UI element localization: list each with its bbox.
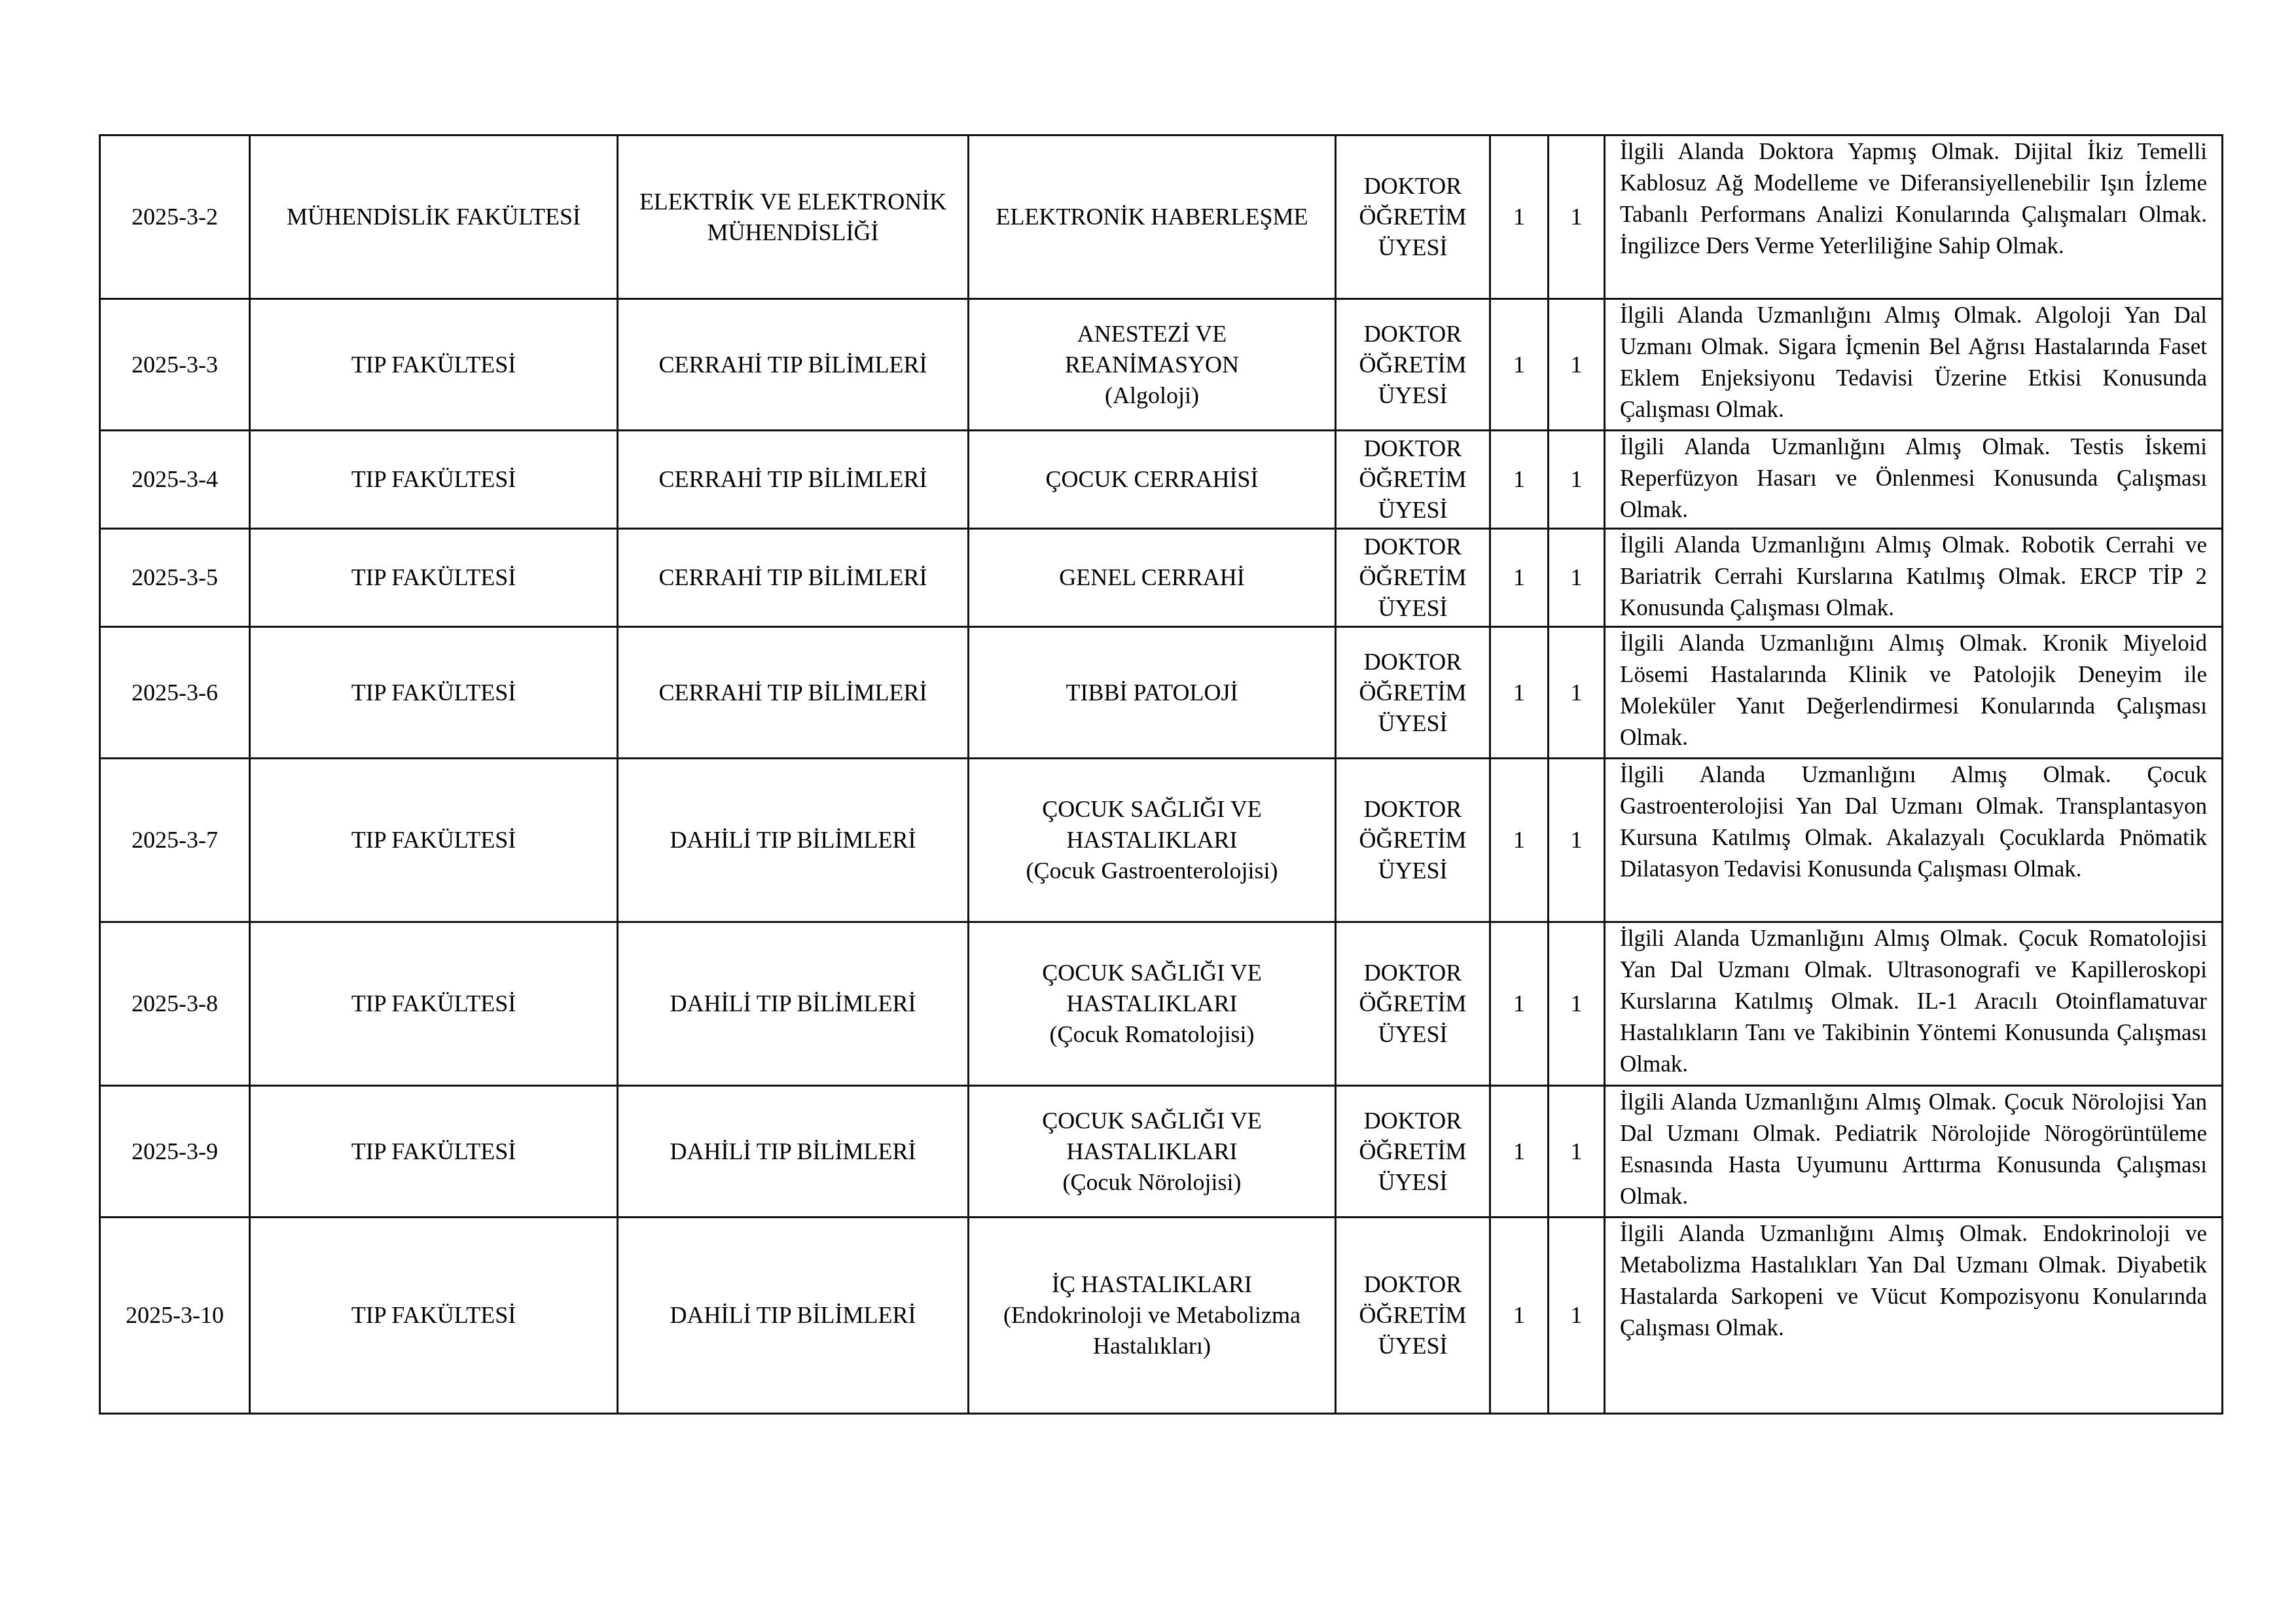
specialty-cell: GENEL CERRAHİ: [969, 529, 1336, 627]
department-name-line: DAHİLİ TIP BİLİMLERİ: [625, 825, 961, 856]
specialty-name-line: ELEKTRONİK HABERLEŞME: [976, 202, 1328, 232]
specialty-cell: ÇOCUK CERRAHİSİ: [969, 431, 1336, 529]
academic-title-cell: DOKTORÖĞRETİMÜYESİ: [1336, 529, 1490, 627]
faculty-name: TIP FAKÜLTESİ: [351, 564, 516, 590]
requirements-cell: İlgili Alanda Uzmanlığını Almış Olmak. Ç…: [1605, 759, 2223, 922]
position-count: 1: [1571, 990, 1583, 1017]
department-cell: DAHİLİ TIP BİLİMLERİ: [618, 1086, 969, 1218]
specialty-name-line: ÇOCUK SAĞLIĞI VE: [976, 794, 1328, 825]
specialty-cell: ÇOCUK SAĞLIĞI VEHASTALIKLARI(Çocuk Nörol…: [969, 1086, 1336, 1218]
position-code-cell: 2025-3-9: [100, 1086, 250, 1218]
academic-title-line: ÖĞRETİM: [1343, 350, 1482, 380]
academic-title-line: ÜYESİ: [1343, 495, 1482, 526]
specialty-name-line: (Algoloji): [976, 380, 1328, 411]
count-cell: 1: [1549, 759, 1605, 922]
position-code-cell: 2025-3-10: [100, 1218, 250, 1414]
count-cell: 1: [1549, 135, 1605, 299]
position-code-cell: 2025-3-2: [100, 135, 250, 299]
requirements-cell: İlgili Alanda Uzmanlığını Almış Olmak. K…: [1605, 627, 2223, 759]
count-cell: 1: [1490, 529, 1549, 627]
specialty-name-line: HASTALIKLARI: [976, 825, 1328, 856]
position-count: 1: [1513, 466, 1525, 492]
faculty-positions-table: 2025-3-2MÜHENDİSLİK FAKÜLTESİELEKTRİK VE…: [99, 134, 2223, 1415]
requirements-cell: İlgili Alanda Uzmanlığını Almış Olmak. Ç…: [1605, 1086, 2223, 1218]
academic-title-line: DOKTOR: [1343, 532, 1482, 562]
specialty-cell: ÇOCUK SAĞLIĞI VEHASTALIKLARI(Çocuk Romat…: [969, 922, 1336, 1086]
position-count: 1: [1571, 1302, 1583, 1328]
faculty-name: TIP FAKÜLTESİ: [351, 466, 516, 492]
academic-title-line: DOKTOR: [1343, 1106, 1482, 1136]
position-code-cell: 2025-3-7: [100, 759, 250, 922]
requirements-text: İlgili Alanda Uzmanlığını Almış Olmak. Ç…: [1620, 926, 2207, 1077]
department-cell: DAHİLİ TIP BİLİMLERİ: [618, 759, 969, 922]
specialty-name-line: ÇOCUK SAĞLIĞI VE: [976, 958, 1328, 988]
position-code-cell: 2025-3-3: [100, 299, 250, 431]
department-cell: ELEKTRİK VE ELEKTRONİKMÜHENDİSLİĞİ: [618, 135, 969, 299]
position-count: 1: [1571, 204, 1583, 230]
faculty-name: TIP FAKÜLTESİ: [351, 827, 516, 853]
academic-title-line: ÜYESİ: [1343, 232, 1482, 263]
specialty-cell: TIBBİ PATOLOJİ: [969, 627, 1336, 759]
academic-title-cell: DOKTORÖĞRETİMÜYESİ: [1336, 922, 1490, 1086]
requirements-text: İlgili Alanda Uzmanlığını Almış Olmak. R…: [1620, 532, 2207, 621]
table-row: 2025-3-7TIP FAKÜLTESİDAHİLİ TIP BİLİMLER…: [100, 759, 2223, 922]
requirements-text: İlgili Alanda Uzmanlığını Almış Olmak. T…: [1620, 434, 2207, 522]
specialty-name-line: (Çocuk Gastroenterolojisi): [976, 856, 1328, 886]
specialty-cell: İÇ HASTALIKLARI(Endokrinoloji ve Metabol…: [969, 1218, 1336, 1414]
table-row: 2025-3-10TIP FAKÜLTESİDAHİLİ TIP BİLİMLE…: [100, 1218, 2223, 1414]
position-count: 1: [1571, 679, 1583, 706]
count-cell: 1: [1490, 299, 1549, 431]
table-row: 2025-3-6TIP FAKÜLTESİCERRAHİ TIP BİLİMLE…: [100, 627, 2223, 759]
faculty-cell: TIP FAKÜLTESİ: [250, 431, 618, 529]
specialty-name-line: GENEL CERRAHİ: [976, 562, 1328, 593]
faculty-cell: TIP FAKÜLTESİ: [250, 627, 618, 759]
position-code: 2025-3-9: [132, 1138, 218, 1164]
position-count: 1: [1571, 564, 1583, 590]
department-cell: CERRAHİ TIP BİLİMLERİ: [618, 627, 969, 759]
academic-title-line: ÖĞRETİM: [1343, 825, 1482, 856]
position-code-cell: 2025-3-8: [100, 922, 250, 1086]
academic-title-line: DOKTOR: [1343, 647, 1482, 677]
requirements-text: İlgili Alanda Uzmanlığını Almış Olmak. A…: [1620, 302, 2207, 422]
academic-title-line: DOKTOR: [1343, 433, 1482, 464]
department-name-line: DAHİLİ TIP BİLİMLERİ: [625, 1136, 961, 1167]
document-page: 2025-3-2MÜHENDİSLİK FAKÜLTESİELEKTRİK VE…: [0, 0, 2296, 1624]
position-count: 1: [1571, 466, 1583, 492]
department-cell: DAHİLİ TIP BİLİMLERİ: [618, 1218, 969, 1414]
position-code: 2025-3-8: [132, 990, 218, 1017]
department-name-line: MÜHENDİSLİĞİ: [625, 217, 961, 248]
department-cell: CERRAHİ TIP BİLİMLERİ: [618, 431, 969, 529]
specialty-cell: ANESTEZİ VEREANİMASYON(Algoloji): [969, 299, 1336, 431]
academic-title-line: ÖĞRETİM: [1343, 1300, 1482, 1331]
requirements-text: İlgili Alanda Uzmanlığını Almış Olmak. Ç…: [1620, 762, 2207, 882]
department-cell: CERRAHİ TIP BİLİMLERİ: [618, 529, 969, 627]
position-count: 1: [1513, 1138, 1525, 1164]
academic-title-cell: DOKTORÖĞRETİMÜYESİ: [1336, 1218, 1490, 1414]
requirements-text: İlgili Alanda Uzmanlığını Almış Olmak. E…: [1620, 1221, 2207, 1341]
academic-title-line: ÜYESİ: [1343, 1331, 1482, 1362]
specialty-name-line: ANESTEZİ VE: [976, 319, 1328, 350]
position-code: 2025-3-4: [132, 466, 218, 492]
faculty-cell: TIP FAKÜLTESİ: [250, 529, 618, 627]
position-count: 1: [1571, 352, 1583, 378]
position-code: 2025-3-10: [126, 1302, 224, 1328]
specialty-name-line: ÇOCUK SAĞLIĞI VE: [976, 1106, 1328, 1136]
department-name-line: CERRAHİ TIP BİLİMLERİ: [625, 562, 961, 593]
count-cell: 1: [1490, 922, 1549, 1086]
faculty-name: TIP FAKÜLTESİ: [351, 990, 516, 1017]
academic-title-line: ÖĞRETİM: [1343, 464, 1482, 495]
position-code-cell: 2025-3-4: [100, 431, 250, 529]
department-cell: DAHİLİ TIP BİLİMLERİ: [618, 922, 969, 1086]
requirements-text: İlgili Alanda Uzmanlığını Almış Olmak. K…: [1620, 630, 2207, 750]
specialty-name-line: REANİMASYON: [976, 350, 1328, 380]
table-row: 2025-3-8TIP FAKÜLTESİDAHİLİ TIP BİLİMLER…: [100, 922, 2223, 1086]
position-code: 2025-3-7: [132, 827, 218, 853]
faculty-cell: TIP FAKÜLTESİ: [250, 922, 618, 1086]
table-row: 2025-3-2MÜHENDİSLİK FAKÜLTESİELEKTRİK VE…: [100, 135, 2223, 299]
faculty-name: MÜHENDİSLİK FAKÜLTESİ: [287, 204, 581, 230]
specialty-name-line: Hastalıkları): [976, 1331, 1328, 1362]
academic-title-line: ÜYESİ: [1343, 1019, 1482, 1050]
academic-title-line: ÖĞRETİM: [1343, 202, 1482, 232]
department-cell: CERRAHİ TIP BİLİMLERİ: [618, 299, 969, 431]
position-code: 2025-3-6: [132, 679, 218, 706]
position-count: 1: [1571, 1138, 1583, 1164]
academic-title-line: DOKTOR: [1343, 1269, 1482, 1300]
faculty-name: TIP FAKÜLTESİ: [351, 1302, 516, 1328]
position-count: 1: [1513, 827, 1525, 853]
count-cell: 1: [1549, 299, 1605, 431]
academic-title-line: ÖĞRETİM: [1343, 562, 1482, 593]
position-count: 1: [1513, 990, 1525, 1017]
faculty-cell: TIP FAKÜLTESİ: [250, 759, 618, 922]
department-name-line: CERRAHİ TIP BİLİMLERİ: [625, 677, 961, 708]
specialty-name-line: ÇOCUK CERRAHİSİ: [976, 464, 1328, 495]
count-cell: 1: [1490, 1218, 1549, 1414]
count-cell: 1: [1549, 627, 1605, 759]
position-count: 1: [1513, 564, 1525, 590]
academic-title-line: ÖĞRETİM: [1343, 1136, 1482, 1167]
academic-title-line: ÖĞRETİM: [1343, 677, 1482, 708]
academic-title-cell: DOKTORÖĞRETİMÜYESİ: [1336, 431, 1490, 529]
department-name-line: CERRAHİ TIP BİLİMLERİ: [625, 350, 961, 380]
academic-title-line: DOKTOR: [1343, 171, 1482, 202]
academic-title-cell: DOKTORÖĞRETİMÜYESİ: [1336, 299, 1490, 431]
count-cell: 1: [1490, 627, 1549, 759]
academic-title-line: DOKTOR: [1343, 319, 1482, 350]
position-code: 2025-3-5: [132, 564, 218, 590]
specialty-cell: ÇOCUK SAĞLIĞI VEHASTALIKLARI(Çocuk Gastr…: [969, 759, 1336, 922]
count-cell: 1: [1549, 922, 1605, 1086]
specialty-name-line: HASTALIKLARI: [976, 1136, 1328, 1167]
position-code-cell: 2025-3-6: [100, 627, 250, 759]
position-code-cell: 2025-3-5: [100, 529, 250, 627]
specialty-name-line: İÇ HASTALIKLARI: [976, 1269, 1328, 1300]
requirements-text: İlgili Alanda Uzmanlığını Almış Olmak. Ç…: [1620, 1089, 2207, 1209]
requirements-text: İlgili Alanda Doktora Yapmış Olmak. Diji…: [1620, 139, 2207, 259]
position-code: 2025-3-3: [132, 352, 218, 378]
table-row: 2025-3-9TIP FAKÜLTESİDAHİLİ TIP BİLİMLER…: [100, 1086, 2223, 1218]
faculty-name: TIP FAKÜLTESİ: [351, 1138, 516, 1164]
count-cell: 1: [1549, 431, 1605, 529]
count-cell: 1: [1490, 431, 1549, 529]
specialty-name-line: (Çocuk Nörolojisi): [976, 1167, 1328, 1198]
academic-title-line: ÖĞRETİM: [1343, 988, 1482, 1019]
requirements-cell: İlgili Alanda Uzmanlığını Almış Olmak. Ç…: [1605, 922, 2223, 1086]
position-count: 1: [1513, 204, 1525, 230]
academic-title-cell: DOKTORÖĞRETİMÜYESİ: [1336, 1086, 1490, 1218]
position-code: 2025-3-2: [132, 204, 218, 230]
faculty-cell: TIP FAKÜLTESİ: [250, 1218, 618, 1414]
faculty-cell: TIP FAKÜLTESİ: [250, 1086, 618, 1218]
table-row: 2025-3-5TIP FAKÜLTESİCERRAHİ TIP BİLİMLE…: [100, 529, 2223, 627]
faculty-name: TIP FAKÜLTESİ: [351, 352, 516, 378]
department-name-line: DAHİLİ TIP BİLİMLERİ: [625, 1300, 961, 1331]
academic-title-line: ÜYESİ: [1343, 380, 1482, 411]
specialty-cell: ELEKTRONİK HABERLEŞME: [969, 135, 1336, 299]
specialty-name-line: HASTALIKLARI: [976, 988, 1328, 1019]
academic-title-line: ÜYESİ: [1343, 593, 1482, 624]
specialty-name-line: (Endokrinoloji ve Metabolizma: [976, 1300, 1328, 1331]
academic-title-line: DOKTOR: [1343, 958, 1482, 988]
count-cell: 1: [1549, 529, 1605, 627]
faculty-cell: TIP FAKÜLTESİ: [250, 299, 618, 431]
requirements-cell: İlgili Alanda Uzmanlığını Almış Olmak. R…: [1605, 529, 2223, 627]
academic-title-line: DOKTOR: [1343, 794, 1482, 825]
requirements-cell: İlgili Alanda Uzmanlığını Almış Olmak. T…: [1605, 431, 2223, 529]
count-cell: 1: [1549, 1086, 1605, 1218]
position-count: 1: [1513, 352, 1525, 378]
table-row: 2025-3-4TIP FAKÜLTESİCERRAHİ TIP BİLİMLE…: [100, 431, 2223, 529]
position-count: 1: [1513, 679, 1525, 706]
table-body: 2025-3-2MÜHENDİSLİK FAKÜLTESİELEKTRİK VE…: [100, 135, 2223, 1414]
department-name-line: CERRAHİ TIP BİLİMLERİ: [625, 464, 961, 495]
academic-title-line: ÜYESİ: [1343, 1167, 1482, 1198]
position-count: 1: [1571, 827, 1583, 853]
count-cell: 1: [1490, 135, 1549, 299]
requirements-cell: İlgili Alanda Doktora Yapmış Olmak. Diji…: [1605, 135, 2223, 299]
department-name-line: ELEKTRİK VE ELEKTRONİK: [625, 187, 961, 217]
academic-title-line: ÜYESİ: [1343, 856, 1482, 886]
academic-title-cell: DOKTORÖĞRETİMÜYESİ: [1336, 627, 1490, 759]
position-count: 1: [1513, 1302, 1525, 1328]
requirements-cell: İlgili Alanda Uzmanlığını Almış Olmak. E…: [1605, 1218, 2223, 1414]
department-name-line: DAHİLİ TIP BİLİMLERİ: [625, 988, 961, 1019]
academic-title-cell: DOKTORÖĞRETİMÜYESİ: [1336, 135, 1490, 299]
faculty-name: TIP FAKÜLTESİ: [351, 679, 516, 706]
table-row: 2025-3-3TIP FAKÜLTESİCERRAHİ TIP BİLİMLE…: [100, 299, 2223, 431]
specialty-name-line: TIBBİ PATOLOJİ: [976, 677, 1328, 708]
academic-title-cell: DOKTORÖĞRETİMÜYESİ: [1336, 759, 1490, 922]
requirements-cell: İlgili Alanda Uzmanlığını Almış Olmak. A…: [1605, 299, 2223, 431]
faculty-cell: MÜHENDİSLİK FAKÜLTESİ: [250, 135, 618, 299]
count-cell: 1: [1490, 759, 1549, 922]
specialty-name-line: (Çocuk Romatolojisi): [976, 1019, 1328, 1050]
academic-title-line: ÜYESİ: [1343, 708, 1482, 739]
count-cell: 1: [1490, 1086, 1549, 1218]
count-cell: 1: [1549, 1218, 1605, 1414]
